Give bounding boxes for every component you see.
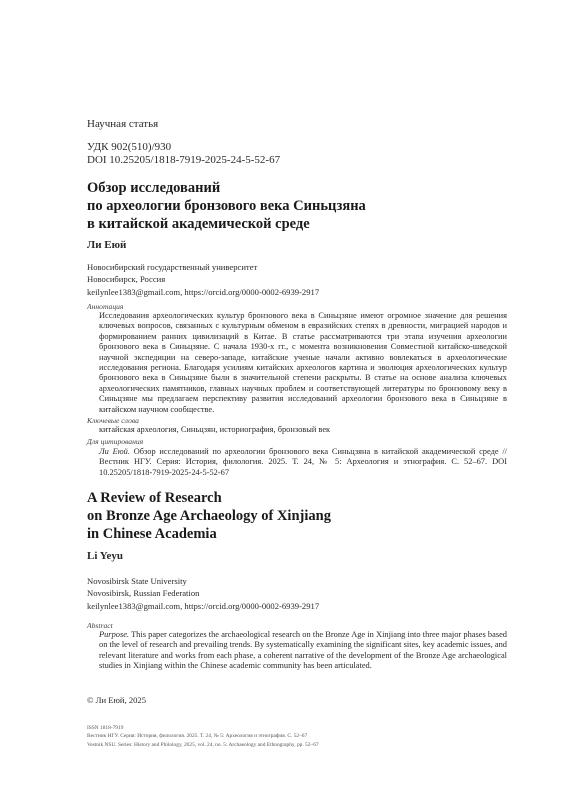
citation-text: Ли Еюй. Обзор исследований по археологии…: [87, 447, 507, 478]
identifiers: УДК 902(510)/930 DOI 10.25205/1818-7919-…: [87, 141, 280, 167]
annotation-text: Исследования археологических культур бро…: [87, 311, 507, 415]
author-ru: Ли Еюй: [87, 239, 126, 251]
contacts-ru[interactable]: keilynlee1383@gmail.com, https://orcid.o…: [87, 287, 319, 297]
doi[interactable]: DOI 10.25205/1818-7919-2025-24-5-52-67: [87, 154, 280, 167]
title-ru: Обзор исследований по археологии бронзов…: [87, 179, 366, 233]
affiliation-ru: Новосибирский государственный университе…: [87, 262, 257, 285]
author-en: Li Yeyu: [87, 550, 123, 562]
title-en: A Review of Research on Bronze Age Archa…: [87, 489, 331, 543]
contacts-en[interactable]: keilynlee1383@gmail.com, https://orcid.o…: [87, 601, 319, 611]
udc-code: УДК 902(510)/930: [87, 141, 280, 154]
journal-ref-en: Vestnik NSU. Series: History and Philolo…: [87, 741, 319, 749]
journal-ref-ru: Вестник НГУ. Серия: История, филология. …: [87, 732, 319, 740]
abstract-lead: Purpose.: [99, 630, 129, 639]
keywords-text: китайская археология, Синьцзян, историог…: [87, 425, 507, 435]
citation-label: Для цитирования: [87, 437, 143, 447]
abstract-text: Purpose. This paper categorizes the arch…: [87, 630, 507, 672]
issn: ISSN 1818-7919: [87, 724, 319, 732]
citation-author: Ли Еюй.: [99, 447, 130, 456]
article-type: Научная статья: [87, 118, 158, 130]
copyright: © Ли Еюй, 2025: [87, 695, 146, 705]
affiliation-en: Novosibirsk State University Novosibirsk…: [87, 576, 199, 599]
journal-footer: ISSN 1818-7919 Вестник НГУ. Серия: Истор…: [87, 724, 319, 749]
